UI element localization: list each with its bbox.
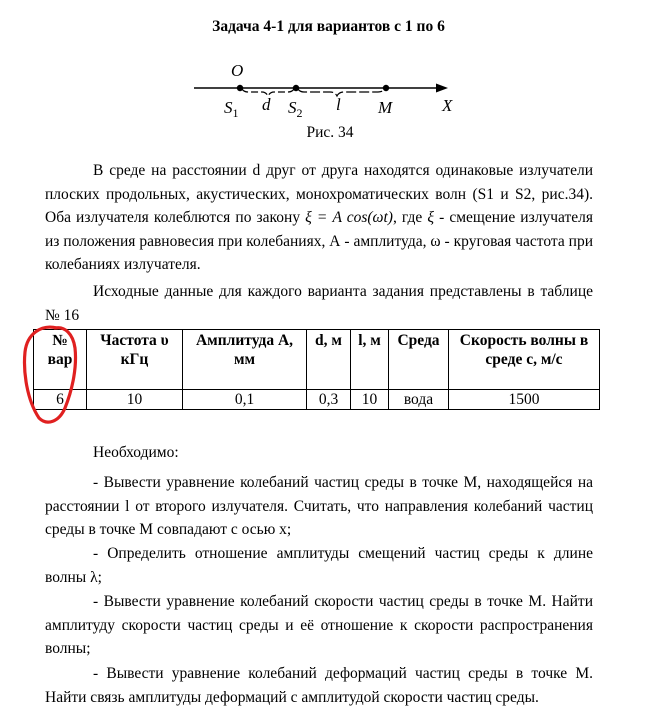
- point-m: [383, 85, 389, 91]
- variant-data-table: № вар Частота υ кГц Амплитуда А, мм d, м…: [33, 329, 600, 410]
- formula: ξ = A cos(ωt): [305, 209, 393, 226]
- task-item: - Вывести уравнение колебаний скорости ч…: [45, 590, 593, 661]
- task-item: - Вывести уравнение колебаний частиц сре…: [45, 471, 593, 542]
- svg-text:S1: S1: [224, 98, 239, 120]
- svg-text:S2: S2: [288, 98, 303, 120]
- table-header-row: № вар Частота υ кГц Амплитуда А, мм d, м…: [34, 330, 600, 390]
- cell-amplitude: 0,1: [183, 390, 307, 410]
- cell-medium: вода: [389, 390, 449, 410]
- header-amplitude: Амплитуда А, мм: [183, 330, 307, 390]
- task-title: Задача 4-1 для вариантов с 1 по 6: [0, 18, 657, 36]
- arrow-head-icon: [436, 84, 448, 93]
- header-d: d, м: [307, 330, 351, 390]
- svg-text:l: l: [336, 95, 341, 114]
- cell-wave-speed: 1500: [449, 390, 600, 410]
- table-row: 6 10 0,1 0,3 10 вода 1500: [34, 390, 600, 410]
- cell-variant: 6: [34, 390, 87, 410]
- cell-l: 10: [351, 390, 389, 410]
- label-origin: O: [231, 61, 243, 80]
- header-medium: Среда: [389, 330, 449, 390]
- header-l: l, м: [351, 330, 389, 390]
- svg-text:d: d: [262, 95, 271, 114]
- svg-text:X: X: [441, 96, 453, 115]
- figure-caption: Рис. 34: [190, 124, 470, 142]
- data-intro-paragraph: Исходные данные для каждого варианта зад…: [45, 280, 593, 327]
- cell-d: 0,3: [307, 390, 351, 410]
- intro-paragraph: В среде на расстоянии d друг от друга на…: [45, 159, 593, 277]
- task-item: - Вывести уравнение колебаний деформаций…: [45, 662, 593, 709]
- task-item: - Определить отношение амплитуды смещени…: [45, 542, 593, 589]
- svg-text:M: M: [377, 98, 393, 117]
- header-variant: № вар: [34, 330, 87, 390]
- header-wave-speed: Скорость волны в среде с, м/с: [449, 330, 600, 390]
- cell-frequency: 10: [87, 390, 183, 410]
- header-frequency: Частота υ кГц: [87, 330, 183, 390]
- required-heading: Необходимо:: [45, 441, 593, 465]
